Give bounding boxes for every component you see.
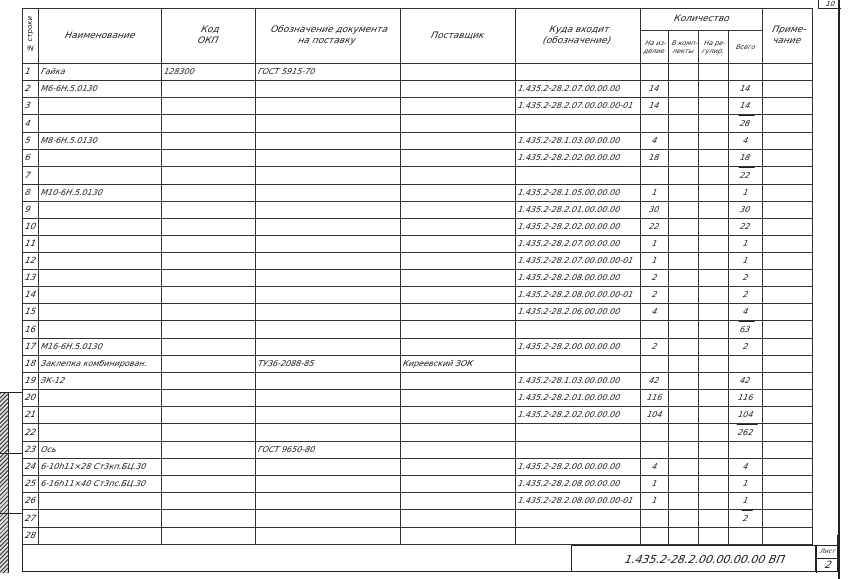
row-number: 9 [23, 202, 32, 218]
table-row: 19ЗК-121.435.2-28.1.03.00.00.004242 [23, 373, 839, 390]
row-number-cell: 3 [23, 98, 39, 115]
qty-kits-cell [669, 64, 699, 81]
item-name: М16-6Н.5.0130 [39, 339, 104, 355]
qty-product: 104 [645, 407, 664, 423]
row-number: 5 [23, 133, 32, 149]
qty-repair-cell [699, 202, 729, 219]
where-used-cell: 1.435.2-28.2.08.00.00.00-01 [516, 287, 641, 304]
supplier-cell [401, 459, 516, 476]
qty-total: 22 [736, 167, 756, 184]
supply-doc-cell [256, 185, 401, 202]
where-used: 1.435.2-28.2.08.00.00.00-01 [516, 493, 635, 509]
okp-code-cell [162, 270, 256, 287]
supply-doc-cell [256, 133, 401, 150]
where-used-cell [516, 321, 641, 339]
qty-product-cell: 2 [641, 287, 669, 304]
row-number-cell: 26 [23, 493, 39, 510]
where-used-cell: 1.435.2-28.2.02.00.00.00 [516, 150, 641, 167]
table-row: 5М8-6Н.5.01301.435.2-28.1.03.00.00.0044 [23, 133, 839, 150]
where-used: 1.435.2-28.2.01.00.00.00 [516, 390, 622, 406]
qty-total: 14 [739, 98, 753, 114]
header-quantity: Количество [641, 9, 763, 31]
row-number-cell: 6 [23, 150, 39, 167]
header-where-used: Куда входит (обозначение) [516, 9, 641, 64]
item-name-cell [39, 270, 162, 287]
qty-repair-cell [699, 459, 729, 476]
row-number-cell: 24 [23, 459, 39, 476]
table-row: 8М10-6Н.5.01301.435.2-28.1.05.00.00.0011 [23, 185, 839, 202]
supply-doc-cell [256, 81, 401, 98]
qty-repair-cell [699, 339, 729, 356]
qty-total: 1 [741, 236, 749, 252]
qty-total-cell: 22 [729, 167, 763, 185]
qty-repair-cell [699, 442, 729, 459]
qty-product-cell: 14 [641, 81, 669, 98]
item-name-cell [39, 115, 162, 133]
row-number-cell: 8 [23, 185, 39, 202]
row-number-cell: 25 [23, 476, 39, 493]
row-number: 23 [23, 442, 37, 458]
title-block-designation: 1.435.2-28.2.00.00.00.00 ВП [571, 545, 816, 572]
okp-code-cell [162, 236, 256, 253]
note-cell [763, 270, 813, 287]
supply-doc: ТУ36-2088-85 [256, 356, 316, 372]
qty-product: 2 [650, 270, 658, 286]
qty-kits-cell [669, 115, 699, 133]
qty-total: 1 [741, 185, 749, 201]
qty-repair-cell [699, 150, 729, 167]
table-row: 722 [23, 167, 839, 185]
qty-product-cell [641, 424, 669, 442]
qty-total-cell: 28 [729, 115, 763, 133]
qty-product-cell: 2 [641, 270, 669, 287]
okp-code-cell: 128300 [162, 64, 256, 81]
okp-code-cell [162, 150, 256, 167]
qty-total: 18 [739, 150, 753, 166]
qty-total-cell: 2 [729, 270, 763, 287]
item-name-cell [39, 98, 162, 115]
okp-code-cell [162, 459, 256, 476]
qty-kits-cell [669, 424, 699, 442]
okp-code-cell [162, 202, 256, 219]
qty-total-cell: 4 [729, 133, 763, 150]
qty-product: 14 [648, 81, 662, 97]
qty-kits-cell [669, 476, 699, 493]
row-number-cell: 16 [23, 321, 39, 339]
qty-product: 1 [650, 476, 658, 492]
okp-code: 128300 [162, 64, 196, 80]
qty-product-cell [641, 510, 669, 528]
table-row: 17М16-6Н.5.01301.435.2-28.2.00.00.00.002… [23, 339, 839, 356]
supplier-cell [401, 133, 516, 150]
row-number-cell: 27 [23, 510, 39, 528]
item-name: М10-6Н.5.0130 [39, 185, 104, 201]
qty-repair-cell [699, 236, 729, 253]
item-name-cell: М6-6Н.5.0130 [39, 81, 162, 98]
qty-product: 22 [648, 219, 662, 235]
qty-product: 42 [648, 373, 662, 389]
qty-repair-cell [699, 287, 729, 304]
row-number: 4 [23, 116, 32, 132]
left-stamp-strip [0, 392, 22, 573]
qty-kits-cell [669, 321, 699, 339]
note-cell [763, 115, 813, 133]
right-margin [813, 9, 839, 64]
where-used: 1.435.2-28.2.00.00.00.00 [516, 459, 622, 475]
supplier-cell [401, 407, 516, 424]
table-row: 246-10h11×28 Ст3кп.БЦ.301.435.2-28.2.00.… [23, 459, 839, 476]
note-cell [763, 510, 813, 528]
supply-doc-cell [256, 493, 401, 510]
where-used-cell: 1.435.2-28.2.07.00.00.00 [516, 236, 641, 253]
item-name-cell [39, 253, 162, 270]
row-number: 13 [23, 270, 37, 286]
where-used-cell [516, 115, 641, 133]
supplier: Киреевский ЗОК [401, 356, 474, 372]
where-used-cell [516, 442, 641, 459]
qty-repair-cell [699, 81, 729, 98]
note-cell [763, 150, 813, 167]
table-row: 91.435.2-28.2.01.00.00.003030 [23, 202, 839, 219]
row-number-cell: 7 [23, 167, 39, 185]
item-name-cell [39, 510, 162, 528]
supply-doc-cell [256, 236, 401, 253]
where-used: 1.435.2-28.2.07.00.00.00-01 [516, 98, 635, 114]
where-used: 1.435.2-28.2.01.00.00.00 [516, 202, 622, 218]
row-number: 3 [23, 98, 32, 114]
row-number-cell: 12 [23, 253, 39, 270]
qty-product-cell: 1 [641, 253, 669, 270]
qty-repair-cell [699, 407, 729, 424]
qty-product: 30 [648, 202, 662, 218]
item-name-cell: ЗК-12 [39, 373, 162, 390]
where-used-cell [516, 167, 641, 185]
qty-product-cell: 104 [641, 407, 669, 424]
qty-repair-cell [699, 510, 729, 528]
where-used: 1.435.2-28.2.07.00.00.00-01 [516, 253, 635, 269]
item-name-cell: М16-6Н.5.0130 [39, 339, 162, 356]
supply-doc-cell [256, 407, 401, 424]
item-name-cell [39, 321, 162, 339]
qty-product-cell: 14 [641, 98, 669, 115]
qty-total-cell [729, 64, 763, 81]
qty-total-cell: 1 [729, 236, 763, 253]
table-row: 2М6-6Н.5.01301.435.2-28.2.07.00.00.00141… [23, 81, 839, 98]
table-row: 261.435.2-28.2.08.00.00.00-0111 [23, 493, 839, 510]
supplier-cell [401, 115, 516, 133]
row-number: 2 [23, 81, 32, 97]
row-number-cell: 14 [23, 287, 39, 304]
note-cell [763, 356, 813, 373]
qty-repair-cell [699, 390, 729, 407]
qty-total: 4 [741, 304, 749, 320]
qty-product: 14 [648, 98, 662, 114]
table-row: 111.435.2-28.2.07.00.00.0011 [23, 236, 839, 253]
qty-product-cell [641, 356, 669, 373]
row-number: 6 [23, 150, 32, 166]
row-number: 14 [23, 287, 37, 303]
stamp-divider [0, 453, 22, 454]
supplier-cell [401, 493, 516, 510]
qty-total: 116 [736, 390, 755, 406]
header-qty-product: На из-делие [641, 31, 669, 64]
qty-product-cell: 2 [641, 339, 669, 356]
qty-kits-cell [669, 167, 699, 185]
table-row: 23ОсьГОСТ 9650-80 [23, 442, 839, 459]
qty-product-cell: 4 [641, 459, 669, 476]
note-cell [763, 304, 813, 321]
row-number: 22 [23, 425, 37, 441]
where-used-cell: 1.435.2-28.2.02.00.00.00 [516, 219, 641, 236]
supply-doc-cell [256, 150, 401, 167]
qty-repair-cell [699, 476, 729, 493]
note-cell [763, 424, 813, 442]
qty-kits-cell [669, 287, 699, 304]
note-cell [763, 64, 813, 81]
qty-total: 1 [741, 253, 749, 269]
qty-kits-cell [669, 390, 699, 407]
where-used: 1.435.2-28.2.08.00.00.00-01 [516, 287, 635, 303]
stamp-divider [0, 513, 22, 514]
item-name-cell: 6-16h11×40 Ст3пс.БЦ.30 [39, 476, 162, 493]
table-row: 201.435.2-28.2.01.00.00.00116116 [23, 390, 839, 407]
where-used: 1.435.2-28.1.05.00.00.00 [516, 185, 622, 201]
qty-total-cell: 18 [729, 150, 763, 167]
where-used-cell: 1.435.2-28.1.05.00.00.00 [516, 185, 641, 202]
qty-total: 28 [736, 115, 756, 132]
table-row: 256-16h11×40 Ст3пс.БЦ.301.435.2-28.2.08.… [23, 476, 839, 493]
supplier-cell [401, 202, 516, 219]
qty-kits-cell [669, 373, 699, 390]
where-used: 1.435.2-28.1.03.00.00.00 [516, 373, 622, 389]
qty-product: 1 [650, 253, 658, 269]
where-used-cell [516, 510, 641, 528]
note-cell [763, 253, 813, 270]
qty-total: 63 [736, 321, 756, 338]
qty-product: 1 [650, 185, 658, 201]
qty-total-cell: 4 [729, 459, 763, 476]
note-cell [763, 219, 813, 236]
row-number: 17 [23, 339, 37, 355]
supply-doc-cell [256, 253, 401, 270]
qty-total: 1 [741, 493, 749, 509]
row-number-cell: 15 [23, 304, 39, 321]
sheet-number-box: Лист 2 [816, 545, 839, 573]
table-row: 1Гайка128300ГОСТ 5915-70 [23, 64, 839, 81]
where-used-cell: 1.435.2-28.2.01.00.00.00 [516, 390, 641, 407]
supply-doc-cell [256, 390, 401, 407]
table-row: 272 [23, 510, 839, 528]
table-row: 1663 [23, 321, 839, 339]
okp-code-cell [162, 493, 256, 510]
item-name-cell [39, 407, 162, 424]
where-used: 1.435.2-28.2.08.00.00.00 [516, 476, 622, 492]
qty-total: 4 [741, 133, 749, 149]
qty-total: 30 [739, 202, 753, 218]
qty-total-cell: 14 [729, 81, 763, 98]
where-used-cell: 1.435.2-28.1.03.00.00.00 [516, 133, 641, 150]
supply-doc-cell [256, 459, 401, 476]
qty-product-cell: 1 [641, 236, 669, 253]
okp-code-cell [162, 219, 256, 236]
header-code: Код ОКП [162, 9, 256, 64]
where-used: 1.435.2-28.2.06.00.00.00 [516, 304, 622, 320]
note-cell [763, 442, 813, 459]
qty-repair-cell [699, 98, 729, 115]
supplier-cell [401, 64, 516, 81]
qty-kits-cell [669, 150, 699, 167]
note-cell [763, 476, 813, 493]
supply-doc-cell [256, 219, 401, 236]
qty-product-cell [641, 64, 669, 81]
item-name: Гайка [39, 64, 67, 80]
header-qty-total: Всего [729, 31, 763, 64]
supplier-cell [401, 253, 516, 270]
item-name: ЗК-12 [39, 373, 66, 389]
qty-total-cell: 22 [729, 219, 763, 236]
okp-code-cell [162, 98, 256, 115]
header-doc: Обозначение документа на поставку [256, 9, 401, 64]
note-cell [763, 407, 813, 424]
corner-mark-text: 10 [825, 0, 836, 8]
supplier-cell [401, 424, 516, 442]
note-cell [763, 493, 813, 510]
qty-repair-cell [699, 167, 729, 185]
qty-total-cell [729, 442, 763, 459]
qty-kits-cell [669, 407, 699, 424]
note-cell [763, 287, 813, 304]
item-name: Заклепка комбинирован. [39, 356, 148, 372]
qty-product-cell [641, 167, 669, 185]
where-used: 1.435.2-28.2.08.00.00.00 [516, 270, 622, 286]
qty-total-cell: 262 [729, 424, 763, 442]
row-number: 16 [23, 322, 37, 338]
supply-doc-cell [256, 510, 401, 528]
qty-kits-cell [669, 202, 699, 219]
qty-kits-cell [669, 356, 699, 373]
qty-total-cell: 1 [729, 476, 763, 493]
row-number: 20 [23, 390, 37, 406]
item-name-cell [39, 493, 162, 510]
supply-doc-cell [256, 98, 401, 115]
where-used: 1.435.2-28.2.07.00.00.00 [516, 81, 622, 97]
qty-product-cell: 1 [641, 493, 669, 510]
qty-total-cell: 63 [729, 321, 763, 339]
item-name: М8-6Н.5.0130 [39, 133, 99, 149]
qty-product: 4 [650, 304, 658, 320]
where-used-cell: 1.435.2-28.2.08.00.00.00 [516, 476, 641, 493]
row-number: 25 [23, 476, 37, 492]
qty-total: 2 [741, 287, 749, 303]
qty-product-cell: 42 [641, 373, 669, 390]
qty-product: 18 [648, 150, 662, 166]
qty-kits-cell [669, 98, 699, 115]
okp-code-cell [162, 167, 256, 185]
qty-product-cell: 1 [641, 476, 669, 493]
item-name-cell [39, 287, 162, 304]
header-qty-kits: В комп-лекты [669, 31, 699, 64]
table-row: 211.435.2-28.2.02.00.00.00104104 [23, 407, 839, 424]
qty-total-cell: 104 [729, 407, 763, 424]
where-used-cell: 1.435.2-28.2.08.00.00.00 [516, 270, 641, 287]
where-used-cell: 1.435.2-28.2.00.00.00.00 [516, 339, 641, 356]
okp-code-cell [162, 133, 256, 150]
qty-total-cell: 1 [729, 185, 763, 202]
row-number: 24 [23, 459, 37, 475]
item-name: М6-6Н.5.0130 [39, 81, 99, 97]
row-number-cell: 5 [23, 133, 39, 150]
supplier-cell [401, 98, 516, 115]
where-used-cell: 1.435.2-28.2.00.00.00.00 [516, 459, 641, 476]
row-number: 7 [23, 168, 32, 184]
table-row: 428 [23, 115, 839, 133]
qty-total-cell: 42 [729, 373, 763, 390]
okp-code-cell [162, 321, 256, 339]
supply-doc-cell [256, 476, 401, 493]
qty-repair-cell [699, 115, 729, 133]
qty-kits-cell [669, 304, 699, 321]
row-number-cell: 23 [23, 442, 39, 459]
spec-table: № строки Наименование Код ОКП Обозначени… [22, 8, 839, 545]
header-qty-repair: На ре-гулир. [699, 31, 729, 64]
qty-repair-cell [699, 373, 729, 390]
header-name: Наименование [39, 9, 162, 64]
note-cell [763, 98, 813, 115]
item-name-cell: Ось [39, 442, 162, 459]
stamp-divider [8, 393, 9, 573]
item-name-cell: Заклепка комбинирован. [39, 356, 162, 373]
qty-repair-cell [699, 64, 729, 81]
row-number: 8 [23, 185, 32, 201]
item-name-cell: Гайка [39, 64, 162, 81]
item-name-cell: М8-6Н.5.0130 [39, 133, 162, 150]
okp-code-cell [162, 390, 256, 407]
note-cell [763, 459, 813, 476]
table-row: 18Заклепка комбинирован.ТУ36-2088-85Кире… [23, 356, 839, 373]
note-cell [763, 321, 813, 339]
okp-code-cell [162, 115, 256, 133]
supplier-cell [401, 510, 516, 528]
item-name-cell [39, 390, 162, 407]
item-name-cell [39, 202, 162, 219]
qty-total-cell [729, 356, 763, 373]
qty-product-cell: 4 [641, 304, 669, 321]
qty-product: 2 [650, 287, 658, 303]
row-number-cell: 17 [23, 339, 39, 356]
qty-kits-cell [669, 219, 699, 236]
row-number-cell: 13 [23, 270, 39, 287]
supply-doc-cell [256, 167, 401, 185]
supplier-cell [401, 321, 516, 339]
note-cell [763, 133, 813, 150]
where-used: 1.435.2-28.2.02.00.00.00 [516, 219, 622, 235]
qty-product-cell [641, 321, 669, 339]
qty-kits-cell [669, 81, 699, 98]
supplier-cell [401, 339, 516, 356]
header-supplier: Поставщик [401, 9, 516, 64]
supply-doc-cell [256, 373, 401, 390]
supplier-cell [401, 304, 516, 321]
note-cell [763, 236, 813, 253]
note-cell [763, 373, 813, 390]
qty-total-cell: 30 [729, 202, 763, 219]
sheet-number: 2 [817, 559, 839, 573]
where-used-cell: 1.435.2-28.2.01.00.00.00 [516, 202, 641, 219]
okp-code-cell [162, 339, 256, 356]
note-cell [763, 202, 813, 219]
qty-product: 2 [650, 339, 658, 355]
qty-total-cell: 14 [729, 98, 763, 115]
